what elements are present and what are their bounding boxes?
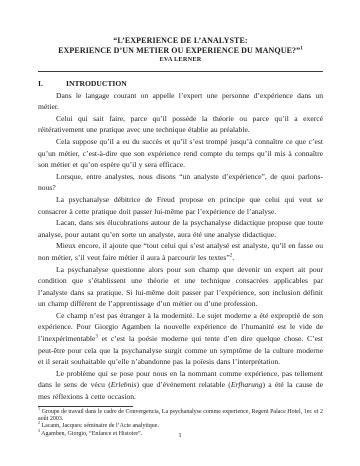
footnote: 2 Lacann, Jacques: séminaire de l’Acte a… — [38, 423, 323, 430]
page-number: 1 — [0, 432, 360, 439]
paragraph: La psychanalyse questionne alors pour so… — [38, 264, 323, 310]
footnote: 1 Groupe de travail dans le cadre de Con… — [38, 409, 323, 424]
title-line-1: “L’EXPERIENCE DE L’ANALYSTE: — [38, 36, 323, 46]
author-name: EVA LERNER — [38, 56, 323, 64]
paper-title: “L’EXPERIENCE DE L’ANALYSTE: EXPERIENCE … — [38, 36, 323, 55]
paragraph: Celui qui sait faire, parce qu’il possèd… — [38, 113, 323, 136]
footnote-text: Lacann, Jacques: séminaire de l’Acte ana… — [40, 423, 159, 429]
paragraph: La psychanalyse débitrice de Freud propo… — [38, 194, 323, 217]
body-paragraphs: Dans le langage courant on appelle l’exp… — [38, 90, 323, 403]
section-title: INTRODUCTION — [66, 78, 127, 90]
title-footnote-ref: 1 — [300, 46, 303, 51]
document-page: “L’EXPERIENCE DE L’ANALYSTE: EXPERIENCE … — [0, 0, 360, 466]
paragraph: Dans le langage courant on appelle l’exp… — [38, 90, 323, 113]
paragraph: Cela suppose qu’il a eu du succès et qu’… — [38, 136, 323, 171]
paragraph: Lorsque, entre analystes, nous disons “u… — [38, 171, 323, 194]
footnote-divider — [38, 406, 133, 407]
paragraph: Mieux encore, il ajoute que “tout celui … — [38, 240, 323, 263]
section-heading: I. INTRODUCTION — [38, 78, 323, 90]
page-content: “L’EXPERIENCE DE L’ANALYSTE: EXPERIENCE … — [38, 36, 323, 438]
header-divider — [38, 71, 323, 72]
paragraph: Lacan, dans ses élucubrations autour de … — [38, 217, 323, 240]
paragraph: Ce champ n’est pas étranger à la moderni… — [38, 310, 323, 368]
paragraph: Le problème qui se pose pour nous en la … — [38, 368, 323, 403]
title-line-2: EXPERIENCE D’UN METIER OU EXPERIENCE DU … — [38, 46, 323, 56]
footnote-text: Groupe de travail dans le cadre de Conve… — [38, 409, 323, 422]
section-number: I. — [38, 78, 66, 90]
